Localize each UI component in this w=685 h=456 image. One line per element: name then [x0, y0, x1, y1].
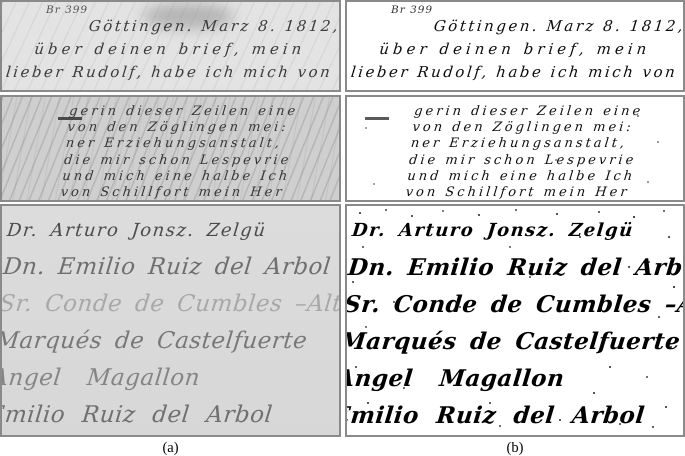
- panel-b-letter-body-binarized: gerin dieser Zeilen eine von den Zögling…: [345, 95, 685, 202]
- handwritten-line: Sr. Conde de Cumbles –Altas: [0, 286, 328, 323]
- handwritten-line: Göttingen. Marz 8. 1812,: [433, 15, 679, 38]
- handwritten-line: lieber Rudolf, habe ich mich von: [5, 61, 330, 84]
- panel-a-signatures-original: Dr. Arturo Jonsz. Zelgü Dn. Emilio Ruiz …: [0, 204, 341, 437]
- handwritten-text-block: Dr. Arturo Jonsz. Zelgü Dn. Emilio Ruiz …: [0, 212, 336, 434]
- handwritten-line: von Schillfort mein Her: [60, 185, 328, 201]
- handwritten-line: Dr. Arturo Jonsz. Zelgü: [350, 212, 680, 249]
- handwritten-line: von den Zöglingen mei:: [67, 120, 335, 136]
- handwritten-line: Göttingen. Marz 8. 1812,: [88, 15, 335, 38]
- handwritten-line: von den Zöglingen mei:: [412, 120, 679, 136]
- handwritten-line: über deinen brief, mein: [33, 38, 332, 61]
- handwritten-line: die mir schon Lespevrie: [408, 153, 675, 169]
- handwritten-line: lieber Rudolf, habe ich mich von: [350, 61, 674, 84]
- handwritten-line: Angel Magallon: [0, 360, 320, 397]
- handwritten-line: von Schillfort mein Her: [405, 185, 672, 201]
- handwritten-line: ner Erziehungsanstalt,: [410, 136, 677, 152]
- handwritten-text-block: Göttingen. Marz 8. 1812, über deinen bri…: [5, 15, 335, 84]
- handwritten-text-block: Dr. Arturo Jonsz. Zelgü Dn. Emilio Ruiz …: [345, 212, 680, 434]
- handwritten-line: Marqués de Castelfuerte: [345, 323, 668, 360]
- handwritten-line: gerin dieser Zeilen eine: [413, 104, 680, 120]
- handwritten-line: Dn. Emilio Ruiz del Arbol: [1, 249, 332, 286]
- handwritten-text-block: gerin dieser Zeilen eine von den Zögling…: [60, 104, 336, 201]
- panel-a-letter-body-original: gerin dieser Zeilen eine von den Zögling…: [0, 95, 341, 202]
- subfigure-caption-b: (b): [345, 440, 685, 456]
- handwritten-line: über deinen brief, mein: [378, 38, 676, 61]
- handwritten-line: Marqués de Castelfuerte: [0, 323, 324, 360]
- handwritten-line: Dn. Emilio Ruiz del Arbol: [346, 249, 676, 286]
- panel-a-letter-header-original: Br 399 Göttingen. Marz 8. 1812, über dei…: [0, 0, 341, 92]
- handwritten-line: gerin dieser Zeilen eine: [68, 104, 336, 120]
- handwritten-line: Emilio Ruiz del Arbol: [0, 397, 317, 434]
- subfigure-caption-a: (a): [0, 440, 341, 456]
- handwritten-line: und mich eine halbe Ich: [406, 169, 673, 185]
- figure-binarization-comparison: Br 399 Göttingen. Marz 8. 1812, über dei…: [0, 0, 685, 456]
- handwritten-text-block: Göttingen. Marz 8. 1812, über deinen bri…: [350, 15, 679, 84]
- handwritten-line: Angel Magallon: [345, 360, 664, 397]
- panel-b-signatures-binarized: Dr. Arturo Jonsz. Zelgü Dn. Emilio Ruiz …: [345, 204, 685, 437]
- panel-b-letter-header-binarized: Br 399 Göttingen. Marz 8. 1812, über dei…: [345, 0, 685, 92]
- handwritten-line: Dr. Arturo Jonsz. Zelgü: [5, 212, 336, 249]
- handwritten-text-block: gerin dieser Zeilen eine von den Zögling…: [405, 104, 680, 201]
- handwritten-line: die mir schon Lespevrie: [63, 153, 331, 169]
- handwritten-line: ner Erziehungsanstalt,: [65, 136, 333, 152]
- handwritten-line: Emilio Ruiz del Arbol: [345, 397, 661, 434]
- handwritten-line: und mich eine halbe Ich: [61, 169, 329, 185]
- dash-mark: [365, 117, 389, 120]
- handwritten-line: Sr. Conde de Cumbles –Altas: [345, 286, 672, 323]
